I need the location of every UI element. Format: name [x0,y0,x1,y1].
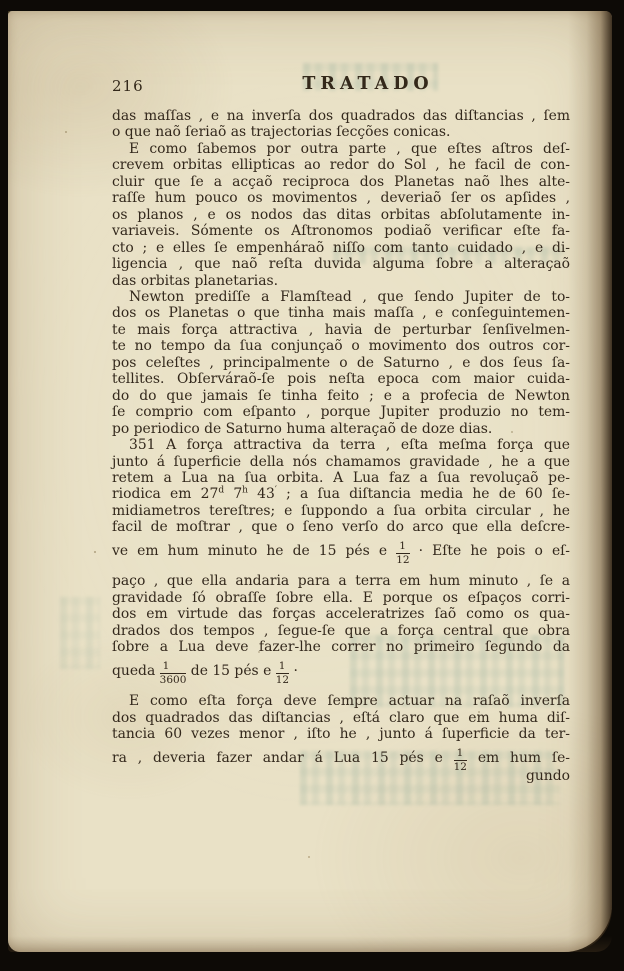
text-line: junto á ſuperficie della nós chamamos gr… [112,454,570,470]
text-line: das maſſas , e na inverſa dos quadrados … [112,108,570,124]
fraction: 112 [276,661,289,687]
text-line: do do que jamais ſe tinha feito ; e a pr… [112,388,570,404]
text-line: cluir que ſe a acçaõ reciproca dos Plane… [112,174,570,190]
text-line: facil de moſtrar , que o ſeno verſo do a… [112,519,570,535]
paragraph: E como ſabemos por outra parte , que eſt… [112,141,570,289]
page-header: 216 TRATADO [112,74,570,98]
text-line: o que naõ ſeriaõ as trajectorias ſecções… [112,124,570,140]
text-line: E como ſabemos por outra parte , que eſt… [112,141,570,157]
paper-specks [8,11,10,13]
superscript: h [242,486,248,496]
text-line: drados dos tempos , ſegue-ſe que a força… [112,623,570,639]
text-line: tellites. Obſerváraõ-ſe pois neſta epoca… [112,371,570,387]
catchword: gundo [112,768,572,784]
text-block: das maſſas , e na inverſa dos quadrados … [112,108,570,780]
text-line: E como eſta força deve ſempre actuar na … [112,693,570,709]
superscript: ′ [275,486,277,496]
page-paper: 216 TRATADO das maſſas , e na inverſa do… [8,11,612,952]
text-line: os planos , e os nodos das ditas orbitas… [112,207,570,223]
text-line: crevem orbitas ellipticas ao redor do So… [112,157,570,173]
text-line: pos celeſtes , principalmente o de Satur… [112,355,570,371]
text-line: ſobre a Lua deve fazer-lhe correr no pri… [112,639,570,655]
page-edge-shadow-right [568,11,612,952]
text-line: ſe comprio com eſpanto , porque Jupiter … [112,404,570,420]
text-line: retem a Lua na ſua orbita. A Lua faz a ſ… [112,470,570,486]
text-line: riodica em 27d 7h 43′ ; a ſua diſtancia … [112,486,570,502]
running-title: TRATADO [302,74,433,94]
text-line: ligencia , que naõ reſta duvida alguma ſ… [112,256,570,272]
text-line: te mais força attractiva , havia de pert… [112,322,570,338]
text-line: queda 13600 de 15 pés e 112 · [112,656,570,694]
text-line: 351 A força attractiva da terra , eſta m… [112,437,570,453]
paragraph: das maſſas , e na inverſa dos quadrados … [112,108,570,141]
text-line: tancia 60 vezes menor , iſto he , junto … [112,726,570,742]
fraction: 13600 [160,661,187,687]
superscript: d [218,486,224,496]
text-line: dos em virtude das forças acceleratrizes… [112,606,570,622]
text-line: raſſe hum pouco os movimentos , deveriaõ… [112,190,570,206]
paragraph: 351 A força attractiva da terra , eſta m… [112,437,570,693]
text-line: ve em hum minuto he de 15 pés e 112 · Eſ… [112,536,570,574]
scanned-book-page: 216 TRATADO das maſſas , e na inverſa do… [0,0,624,971]
text-line: variaveis. Sómente os Aſtronomos podiaõ … [112,223,570,239]
page-number: 216 [112,77,144,95]
text-line: te no tempo da ſua conjunçaõ o movimento… [112,338,570,354]
fraction: 112 [396,541,409,567]
paragraph: Newton prediſſe a Flamſtead , que ſendo … [112,289,570,437]
show-through-artifact [60,597,100,669]
text-line: das orbitas planetarias. [112,273,570,289]
text-line: gravidade ſó obraſſe ſobre ella. E porqu… [112,590,570,606]
text-line: dos os Planetas o que tinha mais maſſa ,… [112,305,570,321]
text-line: midiametros tereſtres; e ſuppondo a ſua … [112,503,570,519]
text-line: Newton prediſſe a Flamſtead , que ſendo … [112,289,570,305]
page-edge-shadow-bottom [8,936,612,952]
text-line: cto ; e elles ſe empenháraõ niſſo com ta… [112,240,570,256]
text-line: po periodico de Saturno huma alteraçaõ d… [112,421,570,437]
text-line: paço , que ella andaria para a terra em … [112,573,570,589]
text-line: dos quadrados das diſtancias , eſtá clar… [112,710,570,726]
